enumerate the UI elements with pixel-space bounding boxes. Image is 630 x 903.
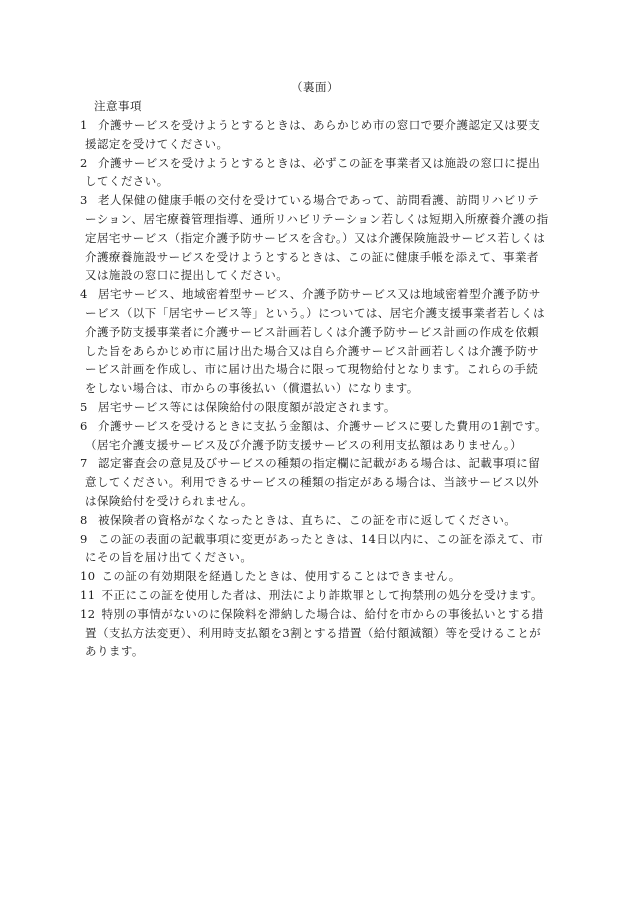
note-number: 4 <box>80 285 92 304</box>
note-item-10: 10この証の有効期限を経過したときは、使用することはできません。 <box>80 567 550 586</box>
note-item-3: 3老人保健の健康手帳の交付を受けている場合であって、訪問看護、訪問リハビリテーシ… <box>80 191 550 285</box>
note-number: 9 <box>80 530 92 549</box>
note-text: この証の表面の記載事項に変更があったときは、14日以内に、この証を添えて、市にそ… <box>85 532 543 565</box>
note-text: 介護サービスを受けるときに支払う金額は、介護サービスに要した費用の1割です。（居… <box>85 419 547 452</box>
notes-list: 1介護サービスを受けようとするときは、あらかじめ市の窓口で要介護認定又は要支援認… <box>80 116 550 661</box>
note-number: 10 <box>80 567 96 586</box>
page-side-label: （裏面） <box>80 78 550 97</box>
note-number: 6 <box>80 417 92 436</box>
note-text: この証の有効期限を経過したときは、使用することはできません。 <box>102 569 461 583</box>
document-page: （裏面） 注意事項 1介護サービスを受けようとするときは、あらかじめ市の窓口で要… <box>80 78 550 661</box>
note-number: 1 <box>80 116 92 135</box>
note-number: 7 <box>80 454 92 473</box>
note-item-9: 9この証の表面の記載事項に変更があったときは、14日以内に、この証を添えて、市に… <box>80 530 550 568</box>
note-number: 11 <box>80 586 96 605</box>
note-item-5: 5居宅サービス等には保険給付の限度額が設定されます。 <box>80 398 550 417</box>
note-item-11: 11不正にこの証を使用した者は、刑法により詐欺罪として拘禁刑の処分を受けます。 <box>80 586 550 605</box>
note-item-12: 12特別の事情がないのに保険料を滞納した場合は、給付を市からの事後払いとする措置… <box>80 605 550 661</box>
section-title: 注意事項 <box>80 97 550 116</box>
note-item-4: 4居宅サービス、地域密着型サービス、介護予防サービス又は地域密着型介護予防サービ… <box>80 285 550 398</box>
note-text: 特別の事情がないのに保険料を滞納した場合は、給付を市からの事後払いとする措置（支… <box>85 607 544 659</box>
note-item-1: 1介護サービスを受けようとするときは、あらかじめ市の窓口で要介護認定又は要支援認… <box>80 116 550 154</box>
note-item-7: 7認定審査会の意見及びサービスの種類の指定欄に記載がある場合は、記載事項に留意し… <box>80 454 550 510</box>
note-item-6: 6介護サービスを受けるときに支払う金額は、介護サービスに要した費用の1割です。（… <box>80 417 550 455</box>
note-number: 5 <box>80 398 92 417</box>
note-number: 2 <box>80 154 92 173</box>
note-text: 介護サービスを受けようとするときは、必ずこの証を事業者又は施設の窓口に提出してく… <box>85 156 540 189</box>
note-item-8: 8被保険者の資格がなくなったときは、直ちに、この証を市に返してください。 <box>80 511 550 530</box>
note-text: 居宅サービス等には保険給付の限度額が設定されます。 <box>98 400 396 414</box>
note-item-2: 2介護サービスを受けようとするときは、必ずこの証を事業者又は施設の窓口に提出して… <box>80 154 550 192</box>
note-number: 12 <box>80 605 96 624</box>
note-number: 3 <box>80 191 92 210</box>
note-number: 8 <box>80 511 92 530</box>
note-text: 介護サービスを受けようとするときは、あらかじめ市の窓口で要介護認定又は要支援認定… <box>85 118 540 151</box>
note-text: 被保険者の資格がなくなったときは、直ちに、この証を市に返してください。 <box>98 513 516 527</box>
note-text: 認定審査会の意見及びサービスの種類の指定欄に記載がある場合は、記載事項に留意して… <box>85 456 540 508</box>
note-text: 居宅サービス、地域密着型サービス、介護予防サービス又は地域密着型介護予防サービス… <box>85 287 545 395</box>
note-text: 不正にこの証を使用した者は、刑法により詐欺罪として拘禁刑の処分を受けます。 <box>102 588 543 602</box>
note-text: 老人保健の健康手帳の交付を受けている場合であって、訪問看護、訪問リハビリテーショ… <box>85 193 549 282</box>
